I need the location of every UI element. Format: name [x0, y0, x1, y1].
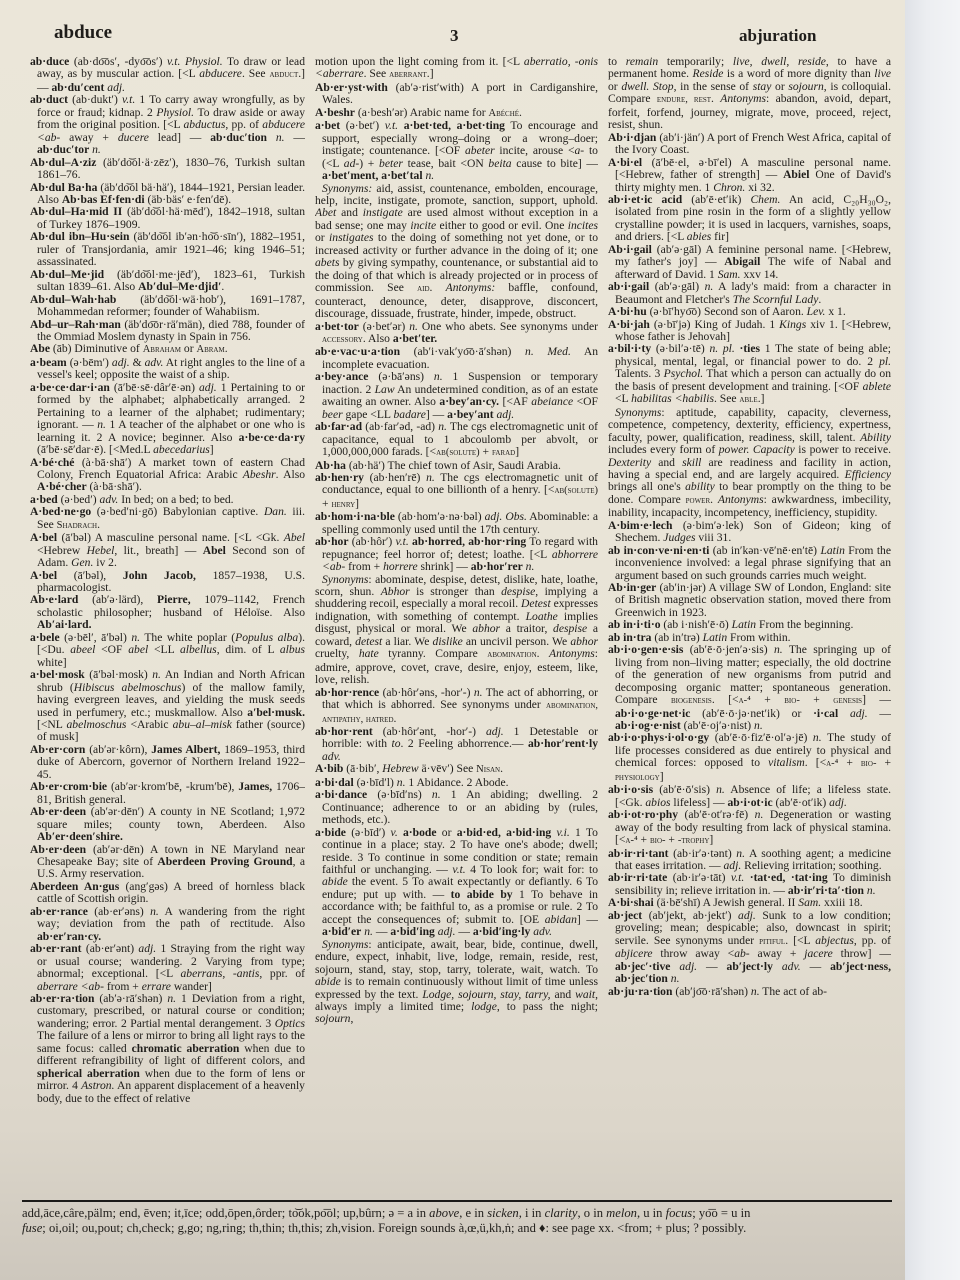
headword: ab·i·og·e·nist: [615, 719, 681, 732]
italic-text: abide: [315, 975, 341, 988]
dictionary-entry: A·bed·ne·go (ə·bed′ni·gō) Babylonian cap…: [30, 506, 305, 532]
italic-text: fuse: [22, 1221, 42, 1235]
dictionary-entry: ab·i·ot·ro·phy (ab′ē·ot′rə·fē) n. Degene…: [608, 809, 891, 847]
headword: A·bé·cher: [37, 480, 87, 493]
italic-text: Loathe: [526, 610, 558, 623]
dictionary-page: abduce 3 abjuration ab·duce (ab·do͞os′, …: [0, 0, 906, 1280]
dictionary-entry: A·bib (ā·bib′, Hebrew ä·vēv′) See Nisan.: [315, 763, 598, 776]
italic-text: Synonyms:: [322, 182, 372, 195]
italic-text: n.: [131, 631, 140, 644]
headword: a·beam: [30, 356, 67, 369]
right-guide-word: abjuration: [739, 26, 816, 46]
dictionary-entry: Ab·er·deen (ab′ər·dēn′) A county in NE S…: [30, 806, 305, 843]
dictionary-entry: ab·i·o·sis (ab′ē·ō′sis) n. Absence of li…: [608, 784, 891, 809]
italic-text: abel: [128, 643, 148, 656]
headword: ab·duct: [30, 93, 68, 106]
dictionary-entry: a·bet·tor (ə·bet′ər) n. One who abets. S…: [315, 321, 598, 347]
headword: A·bim·e·lech: [608, 519, 672, 532]
italic-text: Ability: [860, 431, 891, 444]
headword: A·bib: [315, 762, 343, 775]
italic-text: sojourn: [315, 1012, 350, 1025]
headword: Ab·dul–A·ziz: [30, 156, 96, 169]
italic-text: adj.: [850, 707, 868, 720]
italic-text: instigates: [329, 231, 373, 244]
dictionary-entry: A·bé·ché (à·bā·shā′) A market town of ea…: [30, 457, 305, 494]
dictionary-entry: A·beshr (a·besh′ər) Arabic name for Abéc…: [315, 107, 598, 120]
dictionary-entry: Ab·er·crom·bie (ab′ər·krom′bē, -krum′bē)…: [30, 781, 305, 806]
italic-text: Law: [375, 383, 395, 396]
dictionary-entry: a·bey·ance (ə·bā′əns) n. 1 Suspension or…: [315, 371, 598, 421]
italic-text: Latin: [732, 618, 756, 631]
dictionary-entry: ab·ju·ra·tion (ab′jo͞o·rā′shən) n. The a…: [608, 986, 891, 998]
italic-text: melon: [606, 1206, 637, 1220]
italic-text: ab-: [734, 947, 749, 960]
headword: ab·ju·ra·tion: [608, 985, 672, 998]
headword: James,: [238, 780, 272, 793]
dictionary-entry: Abe (āb) Diminutive of Abraham or Abram.: [30, 343, 305, 356]
italic-text: n. Med.: [525, 345, 571, 358]
italic-text: beita: [488, 157, 511, 170]
headword: A·bel: [30, 569, 57, 582]
synonym-note: Synonyms: abominate, despise, detest, di…: [315, 574, 598, 687]
italic-text: Chron.: [713, 181, 745, 194]
headword: a·bil·i·ty: [608, 342, 651, 355]
dictionary-entry: Ab·i·gail (ab′ə·gāl) A feminine personal…: [608, 244, 891, 281]
dictionary-entry: Ab·dul Ba·ha (äb′do͝ol bä·hä′), 1844–192…: [30, 182, 305, 207]
italic-text: adj.: [496, 408, 514, 421]
italic-text: n.: [438, 420, 447, 433]
dictionary-entry: ab·e·vac·u·a·tion (ab′i·vak′yo͞o·ā′shən)…: [315, 346, 598, 371]
column-right: to remain temporarily; live, dwell, resi…: [608, 56, 891, 1194]
column-left: ab·duce (ab·do͞os′, -dyo͞os′) v.t. Physi…: [22, 56, 305, 1194]
headword: ab·i·o·ge·net·ic: [615, 707, 690, 720]
italic-text: Synonyms: [322, 938, 368, 951]
dictionary-entry: ab·er·ra·tion (ab′ə·rā′shən) n. 1 Deviat…: [30, 993, 305, 1105]
background-surface: [905, 0, 960, 1280]
headword: chromatic aberration: [132, 1042, 240, 1055]
headword: Ab·er·deen: [30, 843, 86, 856]
dictionary-entry: Ab·er·yst·with (ab′ə·rist′with) A port i…: [315, 82, 598, 107]
headword: ab in·tra: [608, 631, 651, 644]
headword: Ab′er·deen′shire.: [37, 830, 123, 843]
cross-reference: aberrant: [389, 69, 427, 80]
headword: ab·ir·ri·tate: [608, 871, 667, 884]
italic-text: a-: [574, 144, 584, 157]
headword: ab·hor·rence: [315, 686, 379, 699]
italic-text: hate: [359, 647, 379, 660]
headword: a·bid′er: [322, 925, 361, 938]
dictionary-entry: Abd–ur–Rah·man (äb′do͞or·rä′män), died 7…: [30, 319, 305, 344]
dictionary-entry: ab·hor (ab·hôr′) v.t. ab·horred, ab·hor·…: [315, 536, 598, 573]
left-guide-word: abduce: [54, 22, 112, 44]
italic-text: ducere: [118, 131, 149, 144]
headword: ab·hom·i·na·ble: [315, 510, 395, 523]
headword: ab·er·rance: [30, 905, 88, 918]
cross-reference: endure, rest: [657, 94, 711, 105]
headword: ab·i·ot·ro·phy: [608, 808, 678, 821]
italic-text: n.: [754, 719, 763, 732]
italic-text: Sam.: [798, 896, 821, 909]
italic-text: abductus: [184, 118, 226, 131]
italic-text: n.: [434, 370, 443, 383]
italic-text: Lev.: [807, 305, 826, 318]
italic-text: ability: [685, 480, 715, 493]
italic-text: abecedarius: [153, 443, 210, 456]
headword: Ab·e·lard: [30, 593, 78, 606]
italic-text: despise: [553, 622, 587, 635]
cross-reference: Abéché: [489, 108, 520, 119]
italic-text: Dan.: [264, 505, 287, 518]
headword: ab·i·ot·ic: [728, 796, 773, 809]
italic-text: ablete: [863, 380, 891, 393]
cross-reference: abduct: [269, 69, 298, 80]
headword: ·tat·ed, ·tat·ing: [750, 871, 828, 884]
headword: Abigail: [724, 255, 760, 268]
headword: ab·hen·ry: [315, 471, 364, 484]
headword: Ab·dul ibn–Hu·sein: [30, 230, 129, 243]
italic-text: abelmoschus: [66, 718, 126, 731]
italic-text: Reside: [693, 67, 724, 80]
cross-reference: a-⁴: [625, 835, 637, 846]
italic-text: v.t.: [452, 863, 465, 876]
headword: Ab·i·gail: [608, 243, 652, 256]
headword: ·ties: [739, 342, 760, 355]
dictionary-entry: Ab·e·lard (ab′ə·lärd), Pierre, 1079–1142…: [30, 594, 305, 631]
italic-text: lodge: [471, 1000, 497, 1013]
cross-reference: able: [739, 394, 757, 405]
headword: Abiel: [783, 168, 809, 181]
italic-text: abhor: [570, 635, 598, 648]
italic-text: skill: [682, 456, 701, 469]
dictionary-entry: Ab·dul–Me·jid (äb′do͝ol·me·jēd′), 1823–6…: [30, 269, 305, 294]
italic-text: above: [429, 1206, 459, 1220]
cross-reference: accessory: [322, 334, 363, 345]
dictionary-entry: ab·ir·ri·tant (ab·ir′ə·tənt) n. A soothi…: [608, 848, 891, 873]
dictionary-entry: ab·hor·rence (ab·hôr′əns, -hor′-) n. The…: [315, 687, 598, 726]
dictionary-entry: A·bi·hu (ə·bī′hyo͞o) Second son of Aaron…: [608, 306, 891, 318]
headword: Pierre,: [157, 593, 191, 606]
italic-text: n.: [867, 884, 876, 897]
italic-text: n.: [425, 169, 434, 182]
cross-reference: power: [686, 495, 711, 506]
cross-reference: ab(solute): [436, 447, 480, 458]
italic-text: v.t.: [122, 93, 135, 106]
italic-text: v.t. Physiol.: [167, 56, 223, 68]
italic-text: abjectus: [815, 934, 854, 947]
dictionary-entry: A·bi·jah (ə·bī′jə) King of Judah. 1 King…: [608, 319, 891, 344]
headword: Abd–ur–Rah·man: [30, 318, 121, 331]
headword: A·bi·jah: [608, 318, 650, 331]
italic-text: aberrare <ab-: [37, 980, 104, 993]
headword: a·bet: [315, 119, 340, 132]
italic-text: adv.: [322, 750, 341, 763]
italic-text: n.: [426, 471, 435, 484]
italic-text: n.: [432, 788, 441, 801]
italic-text: abios: [645, 796, 670, 809]
italic-text: adj.: [138, 942, 156, 955]
headword: ab·jec′·tive: [615, 960, 670, 973]
headword: Ab·dul Ba·ha: [30, 181, 97, 194]
italic-text: adj.: [679, 960, 697, 973]
italic-text: abeel: [70, 643, 95, 656]
cross-reference: Nisan: [476, 764, 500, 775]
italic-text: n.: [736, 847, 745, 860]
headword: ab·e·vac·u·a·tion: [315, 345, 400, 358]
dictionary-entry: a·bet (ə·bet′) v.t. a·bet·ted, a·bet·tin…: [315, 120, 598, 182]
headword: ab·hor·rent: [315, 725, 373, 738]
italic-text: Detest: [521, 597, 551, 610]
headword: ab in·i·ti·o: [608, 618, 661, 631]
italic-text: Synonyms: [322, 573, 368, 586]
headword: ab′ject·ly: [727, 960, 773, 973]
italic-text: clarity: [545, 1206, 578, 1220]
italic-text: habilitas <habilis: [631, 392, 714, 405]
dictionary-entry: a·beam (ə·bēm′) adj. & adv. At right ang…: [30, 357, 305, 382]
italic-text: abeiance: [531, 395, 573, 408]
headword: a·bid·ed, a·bid·ing: [457, 826, 552, 839]
italic-text: adj.: [112, 356, 130, 369]
headword: a·bed: [30, 493, 58, 506]
running-head: abduce 3 abjuration: [0, 22, 905, 50]
italic-text: Abhor: [381, 585, 410, 598]
italic-text: Latin: [703, 631, 727, 644]
headword: spherical aberration: [37, 1067, 140, 1080]
italic-text: remain: [626, 56, 658, 68]
italic-text: vitalism: [768, 756, 805, 769]
cross-reference: farad: [492, 447, 515, 458]
headword: ab·er·rant: [30, 942, 82, 955]
italic-text: badare: [393, 408, 425, 421]
headword: ab·hor′rer: [471, 560, 523, 573]
dictionary-entry: Ab·dul–Wah·hab (äb′do͝ol·wä·hob′), 1691–…: [30, 294, 305, 319]
cross-reference: ab(solute): [554, 485, 598, 496]
dictionary-entry: Ab·dul–A·ziz (äb′do͝ol·ä·zēz′), 1830–76,…: [30, 157, 305, 182]
footer-rule: [22, 1200, 892, 1202]
headword: ab in·con·ve·ni·en·ti: [608, 544, 709, 557]
italic-text: Judges: [663, 531, 695, 544]
italic-text: Optics: [275, 1017, 305, 1030]
italic-text: v.t.: [385, 119, 398, 132]
cross-reference: pitiful: [759, 936, 785, 947]
headword: a·bey·ance: [315, 370, 368, 383]
dictionary-entry: a·bele (ə·bēl′, ā′bəl) n. The white popl…: [30, 632, 305, 669]
cross-reference: Abram: [196, 344, 224, 355]
italic-text: dislike: [433, 635, 463, 648]
headword: Aberdeen An·gus: [30, 880, 119, 893]
headword: ab·horred, ab·hor·ring: [412, 535, 526, 548]
headword: a·bi·dance: [315, 788, 367, 801]
italic-text: to: [392, 737, 401, 750]
cross-reference: physiology: [615, 772, 660, 783]
headword: ab·i·o·phys·i·ol·o·gy: [608, 731, 709, 744]
italic-text: adj.: [199, 381, 217, 394]
headword: Aberdeen Proving Ground: [157, 855, 292, 868]
entry-continuation: motion upon the light coming from it. [<…: [315, 56, 598, 82]
italic-text: adv.: [145, 356, 164, 369]
italic-text: ad-: [344, 157, 359, 170]
italic-text: Antonyms: [720, 92, 766, 105]
italic-text: horrere: [383, 560, 418, 573]
italic-text: n.: [751, 985, 760, 998]
headword: ab·i·o·sis: [608, 783, 653, 796]
cross-reference: bio-: [650, 835, 666, 846]
italic-text: abducere: [199, 67, 242, 80]
italic-text: Latin: [820, 544, 844, 557]
cross-reference: Shadrach: [57, 520, 97, 531]
headword: a·bid′ing: [390, 925, 435, 938]
headword: A·bi·hu: [608, 305, 647, 318]
italic-text: beter: [379, 157, 403, 170]
dictionary-entry: a·bide (ə·bīd′) v. a·bode or a·bid·ed, a…: [315, 827, 598, 939]
italic-text: Astron.: [81, 1079, 114, 1092]
italic-text: n.: [774, 643, 783, 656]
dictionary-entry: ab in·con·ve·ni·en·ti (ab in′kən·vē′nē·e…: [608, 545, 891, 582]
italic-text: live: [874, 67, 891, 80]
headword: ab·i·gail: [608, 280, 649, 293]
italic-text: Antonyms: [549, 647, 595, 660]
dictionary-entry: ab·hen·ry (ab·hen′rē) n. The cgs electro…: [315, 472, 598, 511]
dictionary-entry: ab·far·ad (ab·far′əd, -ad) n. The cgs el…: [315, 421, 598, 459]
headword: ab·hor′rent·ly: [528, 737, 598, 750]
headword: Ab·er·yst·with: [315, 81, 388, 94]
italic-text: n.: [152, 668, 161, 681]
headword: a·bey′ant: [447, 408, 493, 421]
italic-text: n.: [97, 418, 106, 431]
italic-text: focus: [666, 1206, 693, 1220]
cross-reference: bio-: [861, 758, 877, 769]
italic-text: albus: [280, 643, 305, 656]
dictionary-entry: ab·duce (ab·do͞os′, -dyo͞os′) v.t. Physi…: [30, 56, 305, 94]
italic-text: Antonyms: [718, 493, 764, 506]
italic-text: adv.: [100, 493, 119, 506]
headword: James Albert,: [151, 743, 220, 756]
headword: ab·er·ra·tion: [30, 992, 94, 1005]
headword: Ab·i·djan: [608, 131, 656, 144]
headword: Ab·dul–Me·jid: [30, 268, 104, 281]
italic-text: wait: [575, 988, 595, 1001]
dictionary-entry: a·be·ce·dar·i·an (ā′bē·sē·dâr′ē·ən) adj.…: [30, 382, 305, 457]
italic-text: abets: [315, 256, 339, 269]
italic-text: n. pl.: [709, 342, 734, 355]
headword: A·bi·el: [608, 156, 642, 169]
italic-text: sojourn: [788, 80, 823, 93]
synonym-note: Synonyms: aid, assist, countenance, embo…: [315, 183, 598, 321]
italic-text: n.: [150, 905, 159, 918]
italic-text: errare: [142, 980, 171, 993]
dictionary-entry: ab·er·rance (ab·er′əns) n. A wandering f…: [30, 906, 305, 943]
headword: ab·i·et·ic acid: [608, 193, 682, 206]
italic-text: n.: [716, 783, 725, 796]
italic-text: incites: [568, 219, 598, 232]
italic-text: adj.: [724, 859, 742, 872]
dictionary-entry: ab·duct (ab·dukt′) v.t. 1 To carry away …: [30, 94, 305, 156]
dictionary-entry: Aberdeen An·gus (ang′gəs) A breed of hor…: [30, 881, 305, 906]
headword: Abel: [203, 544, 226, 557]
headword: Ab·er·corn: [30, 743, 85, 756]
italic-text: adj.: [829, 796, 847, 809]
headword: Ab′dul–Me·djid′: [138, 280, 221, 293]
italic-text: n.: [813, 731, 822, 744]
dictionary-entry: ab·ir·ri·tate (ab·ir′ə·tāt) v.t. ·tat·ed…: [608, 872, 891, 897]
headword: A·beshr: [315, 106, 355, 119]
italic-text: The Scornful Lady: [733, 293, 819, 306]
italic-text: despise: [501, 585, 535, 598]
italic-text: albellus: [180, 643, 217, 656]
dictionary-entry: Ab·er·corn (ab′ər·kôrn), James Albert, 1…: [30, 744, 305, 781]
italic-text: n.: [526, 560, 535, 573]
headword: Ab·bas Ef·fen·di: [62, 193, 145, 206]
italic-text: Synonyms: [615, 406, 661, 419]
italic-text: Lodge, sojourn, stay, tarry,: [422, 988, 550, 1001]
italic-text: Sam.: [718, 268, 741, 281]
cross-reference: henry: [331, 499, 355, 510]
italic-text: n.: [167, 992, 176, 1005]
headword: a·bet′ter.: [393, 332, 437, 345]
italic-text: v.t.: [731, 871, 744, 884]
headword: ab·duc′tion: [210, 131, 267, 144]
dictionary-entry: a·bil·i·ty (ə·bil′ə·tē) n. pl. ·ties 1 T…: [608, 343, 891, 406]
headword: Ab·er·crom·bie: [30, 780, 107, 793]
italic-text: pl.: [879, 355, 891, 368]
headword: ab·er′ran·cy.: [37, 930, 101, 943]
italic-text: n.: [397, 776, 406, 789]
italic-text: Gen.: [71, 556, 93, 569]
dictionary-entry: A·bel (ā′bəl) A masculine personal name.…: [30, 532, 305, 569]
italic-text: abu–al–misk: [173, 718, 232, 731]
italic-text: abhor: [472, 622, 500, 635]
dictionary-entry: Ab·dul ibn–Hu·sein (äb′do͝ol ib′ən·ho͝o·…: [30, 231, 305, 268]
italic-text: jacere: [804, 947, 833, 960]
dictionary-entry: Ab·er·deen (ab′ər·dēn) A town in NE Mary…: [30, 844, 305, 881]
dictionary-entry: A·bim·e·lech (ə·bim′ə·lek) Son of Gideon…: [608, 520, 891, 545]
headword: a·bet′ment, a·bet′tal: [322, 169, 423, 182]
dictionary-entry: ab·i·o·gen·e·sis (ab′ē·ō·jen′ə·sis) n. T…: [608, 644, 891, 732]
dictionary-entry: Ab·in·ger (ab′in·jər) A village SW of Lo…: [608, 582, 891, 619]
dictionary-entry: ab·i·et·ic acid (ab′ē·et′ik) Chem. An ac…: [608, 194, 891, 244]
dictionary-entry: ab·hom·i·na·ble (ab·hom′ə·nə·bəl) adj. O…: [315, 511, 598, 536]
dictionary-entry: ab·hor·rent (ab·hôr′ənt, -hor′-) adj. 1 …: [315, 726, 598, 763]
italic-text: Abet: [315, 206, 336, 219]
italic-text: Hebrew: [382, 762, 418, 775]
headword: ·i·cal: [813, 707, 838, 720]
italic-text: adv.: [533, 925, 552, 938]
headword: ab·i·o·gen·e·sis: [608, 643, 683, 656]
dictionary-entry: ab·i·gail (ab′ə·gāl) n. A lady's maid: f…: [608, 281, 891, 306]
headword: A·bed·ne·go: [30, 505, 91, 518]
italic-text: aberratio, -onis <aberrare: [315, 56, 598, 80]
headword: Ab·dul–Wah·hab: [30, 293, 116, 306]
dictionary-entry: ab·er·rant (ab·er′ənt) adj. 1 Straying f…: [30, 943, 305, 993]
cross-reference: abomination, antipathy, hatred: [322, 700, 598, 724]
cross-reference: aid: [417, 283, 429, 294]
dictionary-entry: A·bi·el (ā′bē·el, ə·bī′el) A masculine p…: [608, 157, 891, 194]
italic-text: Abeshr: [243, 468, 276, 481]
headword: ab·ir′ri·ta′·tion: [788, 884, 864, 897]
italic-text: Antonyms:: [446, 281, 496, 294]
italic-text: Hibiscus abelmoschus: [74, 681, 182, 694]
italic-text: incite: [410, 219, 436, 232]
headword: ab·ject: [608, 909, 642, 922]
italic-text: Chem.: [750, 193, 780, 206]
italic-text: Efficiency: [845, 468, 891, 481]
italic-text: adj.: [486, 725, 504, 738]
italic-text: n.: [671, 972, 680, 985]
headword: Ab·ha: [315, 459, 346, 472]
column-middle: motion upon the light coming from it. [<…: [315, 56, 598, 1194]
italic-text: adj.: [738, 909, 756, 922]
headword: a·bi·dal: [315, 776, 354, 789]
headword: ab·far·ad: [315, 420, 362, 433]
